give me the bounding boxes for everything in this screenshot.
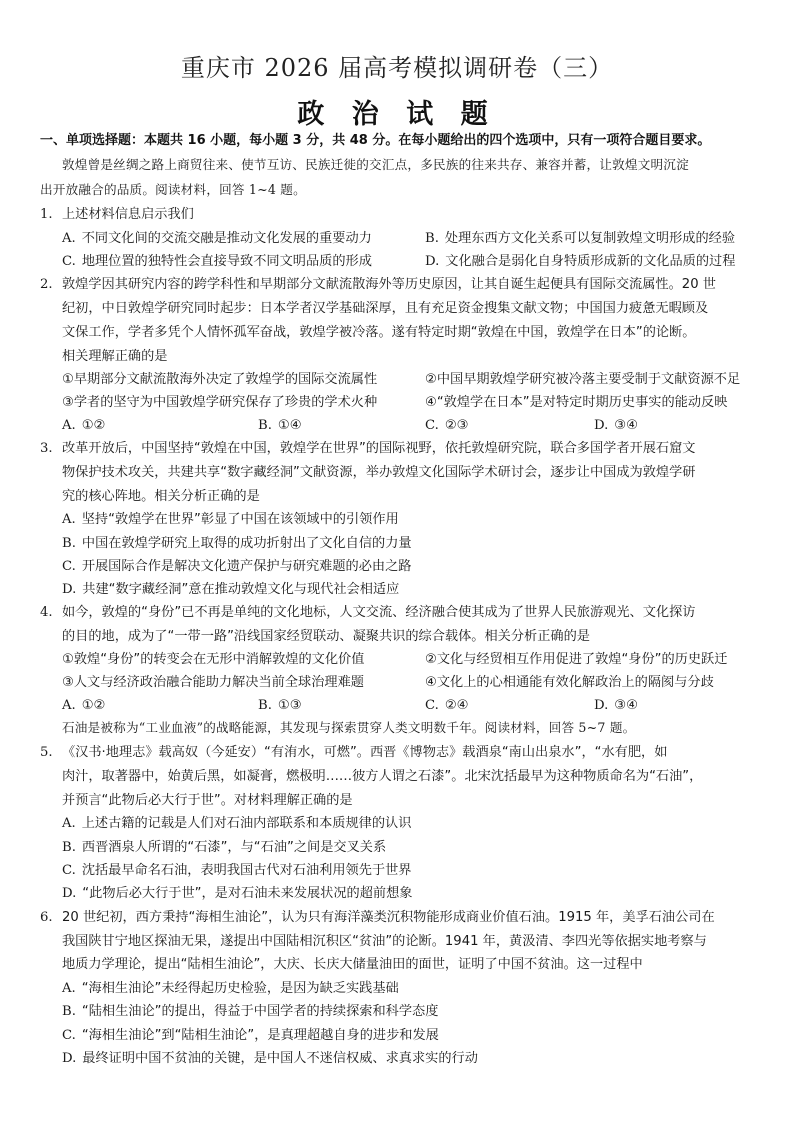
exam-page: 重庆市 2026 届高考模拟调研卷（三） 政 治 试 题 一、单项选择题：本题共… xyxy=(0,0,794,1123)
question-stem: 如今，敦煌的“身份”已不再是单纯的文化地标，人文交流、经济融合使其成为了世界人民… xyxy=(62,606,695,619)
material-1-line: 敦煌曾是丝绸之路上商贸往来、使节互访、民族迁徙的交汇点，多民族的往来共存、兼容并… xyxy=(62,159,689,172)
option-letter: D. xyxy=(594,698,608,713)
option-text: 地理位置的独特性会直接导致不同文明品质的形成 xyxy=(82,254,372,269)
option-c[interactable]: C.“海相生油论”到“陆相生油论”，是真理超越自身的进步和发展 xyxy=(62,1029,439,1042)
option-text: 处理东西方文化关系可以复制敦煌文明形成的经验 xyxy=(445,231,735,246)
option-text: 中国在敦煌学研究上取得的成功折射出了文化自信的力量 xyxy=(82,536,412,551)
option-text: 最终证明中国不贫油的关键，是中国人不迷信权威、求真求实的行动 xyxy=(82,1051,478,1066)
statement-1: ①敦煌“身份”的转变会在无形中消解敦煌的文化价值 xyxy=(62,653,364,666)
option-c[interactable]: C.②③ xyxy=(425,419,468,432)
question-stem: 20 世纪初，西方秉持“海相生油论”，认为只有海洋藻类沉积物能形成商业价值石油。… xyxy=(62,911,715,924)
option-text: 不同文化间的交流交融是推动文化发展的重要动力 xyxy=(82,231,372,246)
statement-3: ③学者的坚守为中国敦煌学研究保存了珍贵的学术火种 xyxy=(62,396,377,409)
question-stem: 上述材料信息启示我们 xyxy=(62,208,194,221)
option-b[interactable]: B.中国在敦煌学研究上取得的成功折射出了文化自信的力量 xyxy=(62,537,412,550)
option-letter: A. xyxy=(62,418,76,433)
statement-4: ④“敦煌学在日本”是对特定时期历史事实的能动反映 xyxy=(425,396,727,409)
question-stem: 《汉书·地理志》载高奴（今延安）“有洧水，可燃”。西晋《博物志》载酒泉“南山出泉… xyxy=(62,746,667,759)
option-text: ③④ xyxy=(614,698,638,713)
option-letter: C. xyxy=(425,698,439,713)
option-letter: D. xyxy=(62,886,76,901)
option-text: 上述古籍的记载是人们对石油内部联系和本质规律的认识 xyxy=(82,816,412,831)
question-stem: 物保护技术攻关，共建共享“数字藏经洞”文献资源，举办敦煌文化国际学术研讨会，逐步… xyxy=(62,466,695,479)
question-stem: 敦煌学因其研究内容的跨学科性和早期部分文献流散海外等历史原因，让其自诞生起便具有… xyxy=(62,278,716,291)
option-letter: B. xyxy=(258,698,272,713)
option-c[interactable]: C.开展国际合作是解决文化遗产保护与研究难题的必由之路 xyxy=(62,560,412,573)
option-text: ①③ xyxy=(278,698,302,713)
option-b[interactable]: B.“陆相生油论”的提出，得益于中国学者的持续探索和科学态度 xyxy=(62,1005,438,1018)
option-letter: C. xyxy=(62,863,76,878)
option-text: ③④ xyxy=(614,418,638,433)
section-heading: 一、单项选择题：本题共 16 小题，每小题 3 分，共 48 分。在每小题给出的… xyxy=(40,129,710,148)
option-c[interactable]: C.②④ xyxy=(425,699,468,712)
option-text: 开展国际合作是解决文化遗产保护与研究难题的必由之路 xyxy=(82,559,412,574)
option-letter: C. xyxy=(62,1028,76,1043)
option-text: “海相生油论”未经得起历史检验，是因为缺乏实践基础 xyxy=(82,981,399,996)
question-number: 6. xyxy=(40,911,53,924)
question-stem: 我国陕甘宁地区探油无果，遂提出中国陆相沉积区“贫油”的论断。1941 年，黄汲清… xyxy=(62,935,707,948)
statement-3: ③人文与经济政治融合能助力解决当前全球治理难题 xyxy=(62,676,364,689)
option-d[interactable]: D.③④ xyxy=(594,699,638,712)
option-letter: A. xyxy=(62,981,76,996)
question-stem: 究的核心阵地。相关分析正确的是 xyxy=(62,490,260,503)
question-number: 3. xyxy=(40,442,53,455)
statement-1: ①早期部分文献流散海外决定了敦煌学的国际交流属性 xyxy=(62,373,377,386)
option-text: ②③ xyxy=(445,418,469,433)
option-letter: D. xyxy=(594,418,608,433)
option-d[interactable]: D.最终证明中国不贫油的关键，是中国人不迷信权威、求真求实的行动 xyxy=(62,1052,478,1065)
option-a[interactable]: A.①② xyxy=(62,699,105,712)
question-stem: 相关理解正确的是 xyxy=(62,350,168,363)
option-d[interactable]: D.③④ xyxy=(594,419,638,432)
option-b[interactable]: B.西晋酒泉人所谓的“石漆”，与“石油”之间是交叉关系 xyxy=(62,841,386,854)
option-a[interactable]: A.①② xyxy=(62,419,105,432)
option-text: ②④ xyxy=(445,698,469,713)
option-text: 文化融合是弱化自身特质形成新的文化品质的过程 xyxy=(445,254,735,269)
option-a[interactable]: A.“海相生油论”未经得起历史检验，是因为缺乏实践基础 xyxy=(62,982,399,995)
option-b[interactable]: B.①③ xyxy=(258,699,302,712)
question-stem: 肉汁，取著器中，始黄后黑，如凝膏，燃极明……彼方人谓之石漆”。北宋沈括最早为这种… xyxy=(62,770,702,783)
option-text: ①② xyxy=(82,698,106,713)
option-letter: A. xyxy=(62,816,76,831)
option-letter: D. xyxy=(62,1051,76,1066)
option-text: 沈括最早命名石油，表明我国古代对石油利用领先于世界 xyxy=(82,863,412,878)
question-number: 2. xyxy=(40,278,53,291)
question-stem: 文保工作，学者多凭个人情怀孤军奋战，敦煌学被冷落。遂有特定时期“敦煌在中国，敦煌… xyxy=(62,326,695,339)
option-letter: D. xyxy=(62,582,76,597)
option-letter: B. xyxy=(258,418,272,433)
material-2-line: 石油是被称为“工业血液”的战略能源，其发现与探索贯穿人类文明数千年。阅读材料，回… xyxy=(62,722,635,735)
option-text: 共建“数字藏经洞”意在推动敦煌文化与现代社会相适应 xyxy=(82,582,399,597)
material-1-line: 出开放融合的品质。阅读材料，回答 1~4 题。 xyxy=(40,184,306,197)
question-stem: 改革开放后，中国坚持“敦煌在中国，敦煌学在世界”的国际视野，依托敦煌研究院，联合… xyxy=(62,442,695,455)
option-a[interactable]: A.上述古籍的记载是人们对石油内部联系和本质规律的认识 xyxy=(62,817,411,830)
option-letter: B. xyxy=(425,231,439,246)
option-letter: A. xyxy=(62,231,76,246)
option-letter: B. xyxy=(62,840,76,855)
option-letter: B. xyxy=(62,536,76,551)
option-letter: D. xyxy=(425,254,439,269)
option-letter: C. xyxy=(62,254,76,269)
option-b[interactable]: B.处理东西方文化关系可以复制敦煌文明形成的经验 xyxy=(425,232,735,245)
option-text: “此物后必大行于世”，是对石油未来发展状况的超前想象 xyxy=(82,886,412,901)
question-number: 5. xyxy=(40,746,53,759)
option-text: ①④ xyxy=(278,418,302,433)
option-text: ①② xyxy=(82,418,106,433)
option-letter: B. xyxy=(62,1004,76,1019)
option-c[interactable]: C.地理位置的独特性会直接导致不同文明品质的形成 xyxy=(62,255,372,268)
question-stem: 地质力学理论，提出“陆相生油论”，大庆、长庆大储量油田的面世，证明了中国不贫油。… xyxy=(62,958,643,971)
question-number: 1. xyxy=(40,208,53,221)
statement-2: ②中国早期敦煌学研究被冷落主要受制于文献资源不足 xyxy=(425,373,740,386)
question-stem: 的目的地，成为了“一带一路”沿线国家经贸联动、凝聚共识的综合载体。相关分析正确的… xyxy=(62,630,590,643)
option-d[interactable]: D.“此物后必大行于世”，是对石油未来发展状况的超前想象 xyxy=(62,887,412,900)
option-text: “海相生油论”到“陆相生油论”，是真理超越自身的进步和发展 xyxy=(82,1028,439,1043)
option-b[interactable]: B.①④ xyxy=(258,419,302,432)
option-letter: A. xyxy=(62,698,76,713)
statement-2: ②文化与经贸相互作用促进了敦煌“身份”的历史跃迁 xyxy=(425,653,727,666)
option-text: 西晋酒泉人所谓的“石漆”，与“石油”之间是交叉关系 xyxy=(82,840,386,855)
option-letter: C. xyxy=(62,559,76,574)
exam-subject-title: 政 治 试 题 xyxy=(0,92,794,131)
option-d[interactable]: D.共建“数字藏经洞”意在推动敦煌文化与现代社会相适应 xyxy=(62,583,399,596)
option-c[interactable]: C.沈括最早命名石油，表明我国古代对石油利用领先于世界 xyxy=(62,864,412,877)
statement-4: ④文化上的心相通能有效化解政治上的隔阂与分歧 xyxy=(425,676,714,689)
option-text: 坚持“敦煌学在世界”彰显了中国在该领域中的引领作用 xyxy=(82,512,399,527)
option-letter: A. xyxy=(62,512,76,527)
option-text: “陆相生油论”的提出，得益于中国学者的持续探索和科学态度 xyxy=(82,1004,439,1019)
option-a[interactable]: A.不同文化间的交流交融是推动文化发展的重要动力 xyxy=(62,232,372,245)
question-stem: 纪初，中日敦煌学研究同时起步：日本学者汉学基础深厚，且有充足资金搜集文献文物；中… xyxy=(62,302,708,315)
option-a[interactable]: A.坚持“敦煌学在世界”彰显了中国在该领域中的引领作用 xyxy=(62,513,399,526)
exam-title: 重庆市 2026 届高考模拟调研卷（三） xyxy=(0,48,794,83)
option-letter: C. xyxy=(425,418,439,433)
question-number: 4. xyxy=(40,606,53,619)
option-d[interactable]: D.文化融合是弱化自身特质形成新的文化品质的过程 xyxy=(425,255,735,268)
question-stem: 并预言“此物后必大行于世”。对材料理解正确的是 xyxy=(62,794,353,807)
